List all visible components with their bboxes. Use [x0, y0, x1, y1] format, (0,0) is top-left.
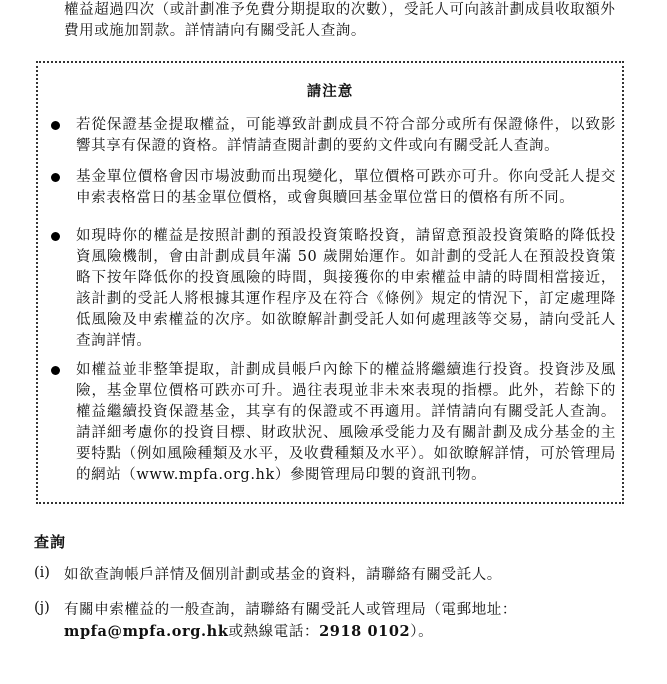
- enquiry-text-after: ）。: [410, 624, 433, 640]
- enquiry-text: 有關申索權益的一般查詢，請聯絡有關受託人或管理局（電郵地址：mpfa@mpfa.…: [64, 600, 634, 643]
- notice-item-text: 基金單位價格會因市場波動而出現變化，單位價格可跌亦可升。你向受託人提交申索表格當…: [76, 167, 616, 209]
- enquiry-text: 如欲查詢帳戶詳情及個別計劃或基金的資料，請聯絡有關受託人。: [64, 565, 634, 586]
- enquiry-label: (j): [34, 600, 50, 616]
- hotline-number: 2918 0102: [319, 623, 410, 640]
- enquiry-text-middle: 或熱線電話：: [228, 624, 319, 640]
- enquiries-heading: 查詢: [34, 531, 66, 552]
- bullet-icon: [51, 121, 60, 130]
- bullet-icon: [51, 232, 60, 241]
- email-link[interactable]: mpfa@mpfa.org.hk: [64, 623, 228, 640]
- bullet-icon: [51, 173, 60, 182]
- notice-item-text: 如現時你的權益是按照計劃的預設投資策略投資，請留意預設投資策略的降低投資風險機制…: [76, 226, 616, 352]
- notice-title: 請注意: [38, 80, 622, 101]
- notice-item-text: 如權益並非整筆提取，計劃成員帳戶內餘下的權益將繼續進行投資。投資涉及風險，基金單…: [76, 360, 616, 486]
- notice-item-text: 若從保證基金提取權益，可能導致計劃成員不符合部分或所有保證條件，以致影響其享有保…: [76, 115, 616, 157]
- bullet-icon: [51, 366, 60, 375]
- intro-paragraph: 權益超過四次（或計劃准予免費分期提取的次數），受託人可向該計劃成員收取額外費用或…: [64, 0, 624, 42]
- enquiry-label: (i): [34, 565, 50, 581]
- notice-box: 請注意 若從保證基金提取權益，可能導致計劃成員不符合部分或所有保證條件，以致影響…: [36, 61, 624, 504]
- enquiry-text-before: 有關申索權益的一般查詢，請聯絡有關受託人或管理局（電郵地址：: [64, 602, 517, 618]
